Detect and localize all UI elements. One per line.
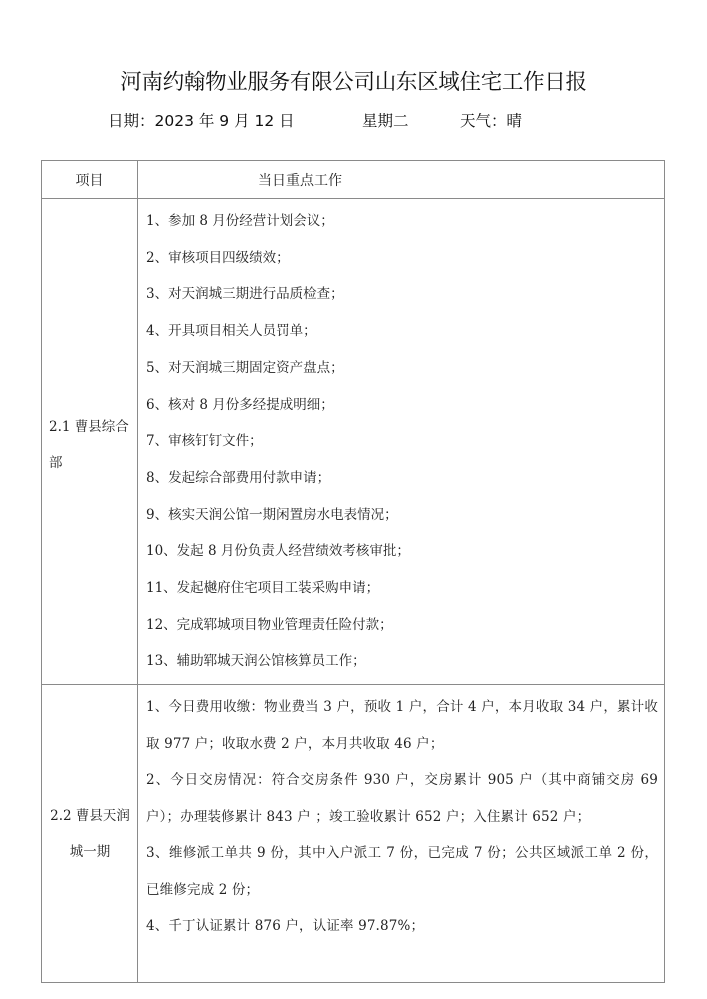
work-item: 10、发起 8 月份负责人经营绩效考核审批； <box>146 533 658 570</box>
work-item: 12、完成郓城项目物业管理责任险付款； <box>146 607 658 644</box>
work-item: 2、今日交房情况：符合交房条件 930 户，交房累计 905 户（其中商铺交房 … <box>146 762 658 835</box>
work-cell: 1、今日费用收缴：物业费当 3 户，预收 1 户，合计 4 户，本月收取 34 … <box>138 685 665 983</box>
work-item: 11、发起樾府住宅项目工装采购申请； <box>146 570 658 607</box>
work-item: 1、今日费用收缴：物业费当 3 户，预收 1 户，合计 4 户，本月收取 34 … <box>146 689 658 762</box>
work-item: 1、参加 8 月份经营计划会议； <box>146 203 658 240</box>
report-weekday: 星期二 <box>362 108 409 134</box>
work-item: 3、维修派工单共 9 份，其中入户派工 7 份，已完成 7 份；公共区域派工单 … <box>146 835 658 908</box>
header-project: 项目 <box>42 161 138 199</box>
report-title: 河南约翰物业服务有限公司山东区域住宅工作日报 <box>0 68 707 98</box>
table-row: 2.2 曹县天润城一期 1、今日费用收缴：物业费当 3 户，预收 1 户，合计 … <box>42 685 665 983</box>
work-item: 3、对天润城三期进行品质检查； <box>146 276 658 313</box>
report-date: 日期：2023 年 9 月 12 日 <box>108 108 295 134</box>
work-item: 6、核对 8 月份多经提成明细； <box>146 387 658 424</box>
header-key-work: 当日重点工作 <box>138 161 665 199</box>
project-cell: 2.2 曹县天润城一期 <box>42 685 138 983</box>
report-weather: 天气：晴 <box>460 108 522 134</box>
project-cell: 2.1 曹县综合部 <box>42 199 138 685</box>
work-item: 13、辅助郓城天润公馆核算员工作； <box>146 643 658 680</box>
table-header-row: 项目 当日重点工作 <box>42 161 665 199</box>
work-cell: 1、参加 8 月份经营计划会议； 2、审核项目四级绩效； 3、对天润城三期进行品… <box>138 199 665 685</box>
work-item: 2、审核项目四级绩效； <box>146 240 658 277</box>
table-row: 2.1 曹县综合部 1、参加 8 月份经营计划会议； 2、审核项目四级绩效； 3… <box>42 199 665 685</box>
work-item: 5、对天润城三期固定资产盘点； <box>146 350 658 387</box>
work-item: 9、核实天润公馆一期闲置房水电表情况； <box>146 497 658 534</box>
work-item: 4、开具项目相关人员罚单； <box>146 313 658 350</box>
work-item: 7、审核钉钉文件； <box>146 423 658 460</box>
daily-work-table: 项目 当日重点工作 2.1 曹县综合部 1、参加 8 月份经营计划会议； 2、审… <box>41 160 665 983</box>
work-item: 4、千丁认证累计 876 户，认证率 97.87%； <box>146 908 658 945</box>
work-item: 8、发起综合部费用付款申请； <box>146 460 658 497</box>
